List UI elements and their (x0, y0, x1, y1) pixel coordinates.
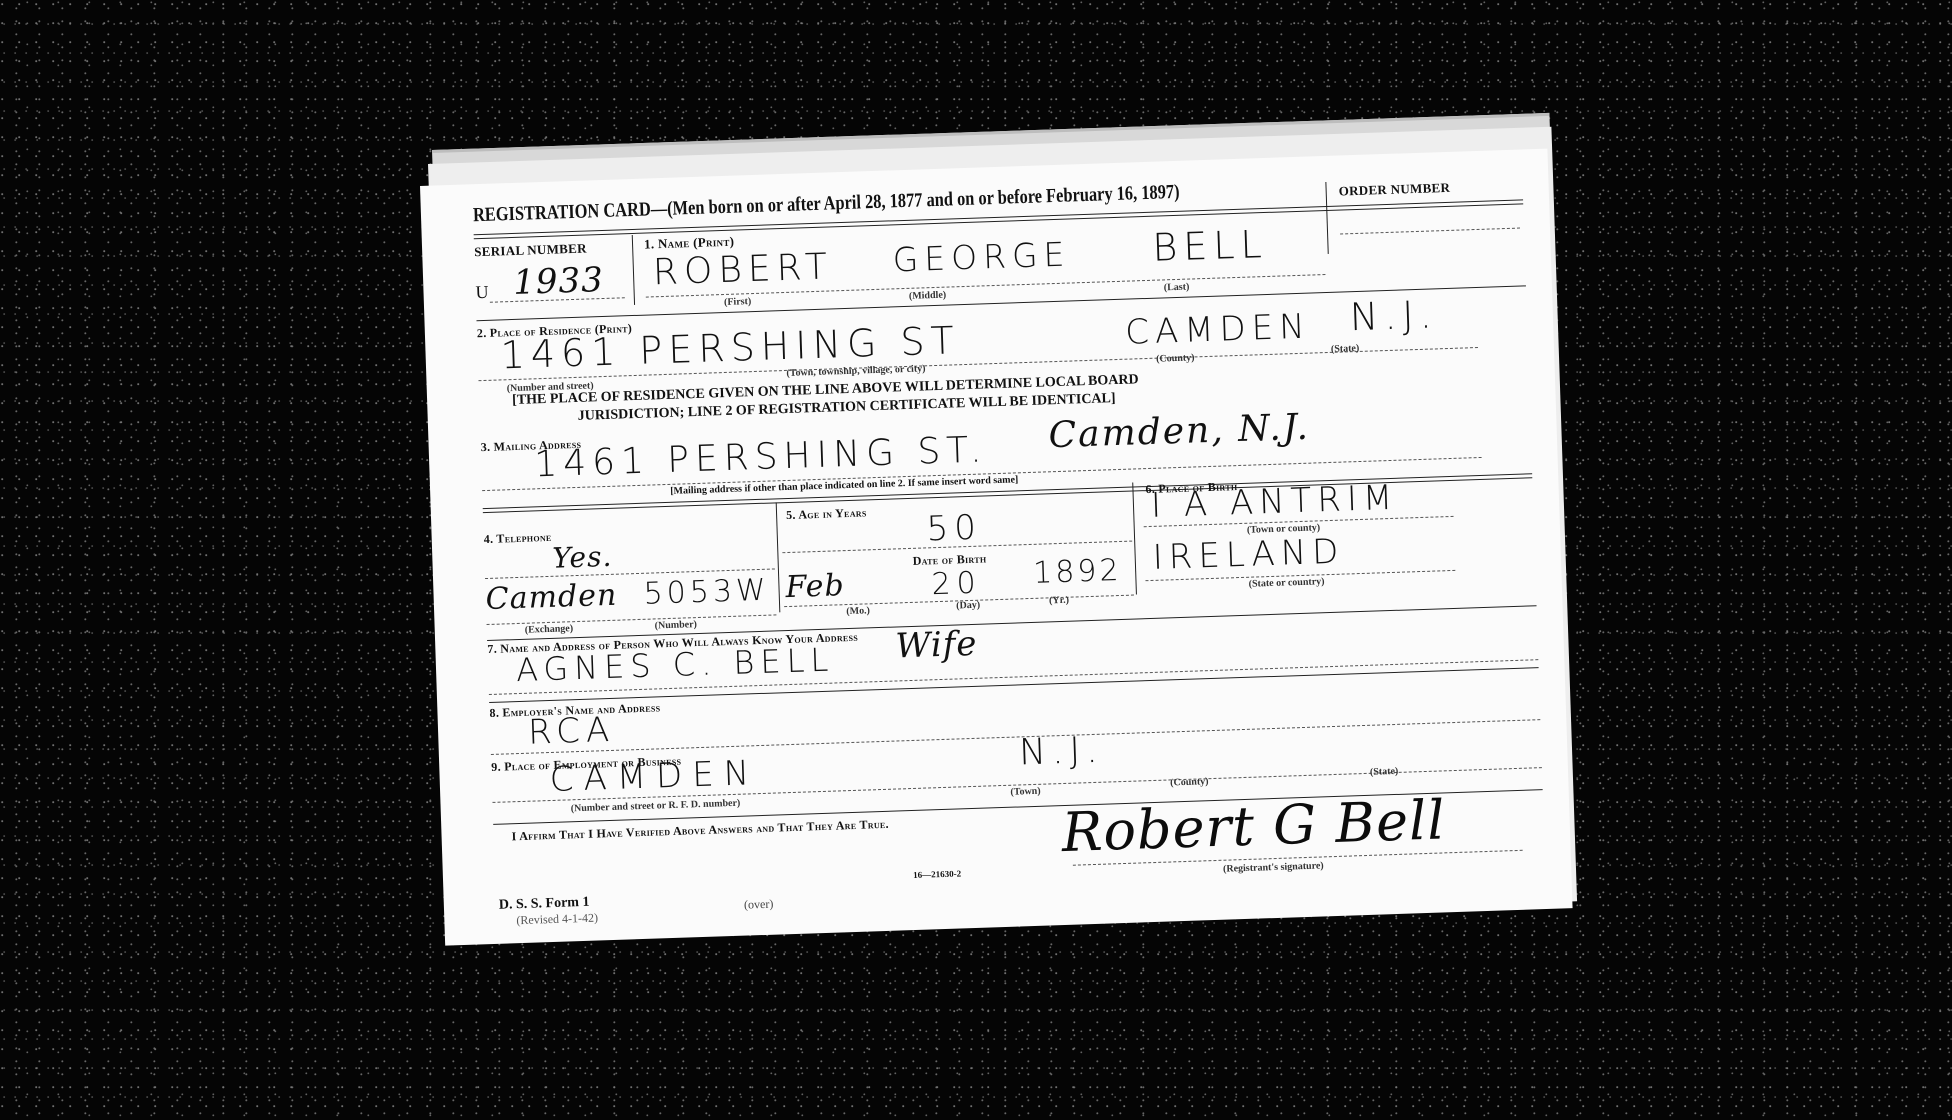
order-number-line (1340, 228, 1520, 235)
telephone-exchange: Camden (485, 578, 618, 617)
name-last: BELL (1152, 222, 1269, 270)
card-title: REGISTRATION CARD—(Men born on or after … (473, 181, 1180, 227)
birth-day-caption: (Day) (956, 600, 980, 612)
residence-county-caption: (County) (1156, 352, 1195, 364)
name-middle-caption: (Middle) (909, 290, 947, 302)
birth-year-caption: (Yr.) (1049, 595, 1069, 607)
registrant-signature: Robert G Bell (1061, 788, 1447, 864)
mailing-city: Camden, N.J. (1048, 407, 1311, 457)
residence-county: CAMDEN (1125, 307, 1312, 353)
name-first-caption: (First) (724, 296, 752, 308)
birth-month: Feb (785, 568, 845, 605)
employer-value: RCA (528, 710, 616, 753)
serial-prefix: U (475, 282, 489, 303)
order-number-label: ORDER NUMBER (1338, 180, 1450, 200)
serial-number-label: SERIAL NUMBER (474, 241, 587, 261)
age-label: 5. Age in Years (786, 505, 867, 523)
telephone-value: Yes. (552, 540, 613, 575)
form-revised: (Revised 4-1-42) (516, 911, 598, 929)
name-middle: GEORGE (892, 234, 1071, 279)
employment-place-value: CAMDEN (549, 753, 760, 800)
signature-caption: (Registrant's signature) (1223, 860, 1324, 874)
telephone-label: 4. Telephone (484, 530, 552, 547)
employment-street-caption: (Number and street or R. F. D. number) (571, 798, 741, 815)
serial-number-value: 1933 (513, 260, 605, 303)
birthplace-country: IRELAND (1152, 532, 1345, 578)
telephone-exchange-caption: (Exchange) (525, 623, 574, 636)
over-note: (over) (744, 897, 774, 913)
employment-town-caption: (Town) (1010, 786, 1041, 798)
registration-card: REGISTRATION CARD—(Men born on or after … (420, 149, 1573, 946)
employment-place-state: N.J. (1018, 730, 1104, 774)
residence-state-caption: (State) (1331, 343, 1360, 355)
employment-state-caption: (State) (1370, 766, 1399, 778)
name-first: ROBERT (652, 246, 833, 293)
contact-relation: Wife (895, 624, 978, 667)
print-code: 16—21630-2 (913, 868, 961, 880)
telephone-number: 5053W (643, 573, 770, 612)
birth-day: 20 (931, 566, 982, 603)
order-divider (1325, 182, 1328, 254)
birthplace-country-caption: (State or country) (1248, 576, 1324, 590)
serial-divider (632, 235, 635, 305)
employment-county-caption: (County) (1170, 776, 1209, 788)
age-value: 50 (926, 508, 983, 550)
divider-tel-age (776, 502, 781, 612)
employer-line (491, 719, 1540, 755)
name-last-caption: (Last) (1164, 282, 1190, 294)
residence-state: N.J. (1349, 292, 1438, 339)
telephone-number-caption: (Number) (655, 619, 698, 631)
divider-age-birth (1132, 483, 1137, 595)
telephone-number-line (487, 614, 777, 625)
birth-month-caption: (Mo.) (846, 605, 870, 617)
birth-year: 1892 (1033, 553, 1122, 591)
